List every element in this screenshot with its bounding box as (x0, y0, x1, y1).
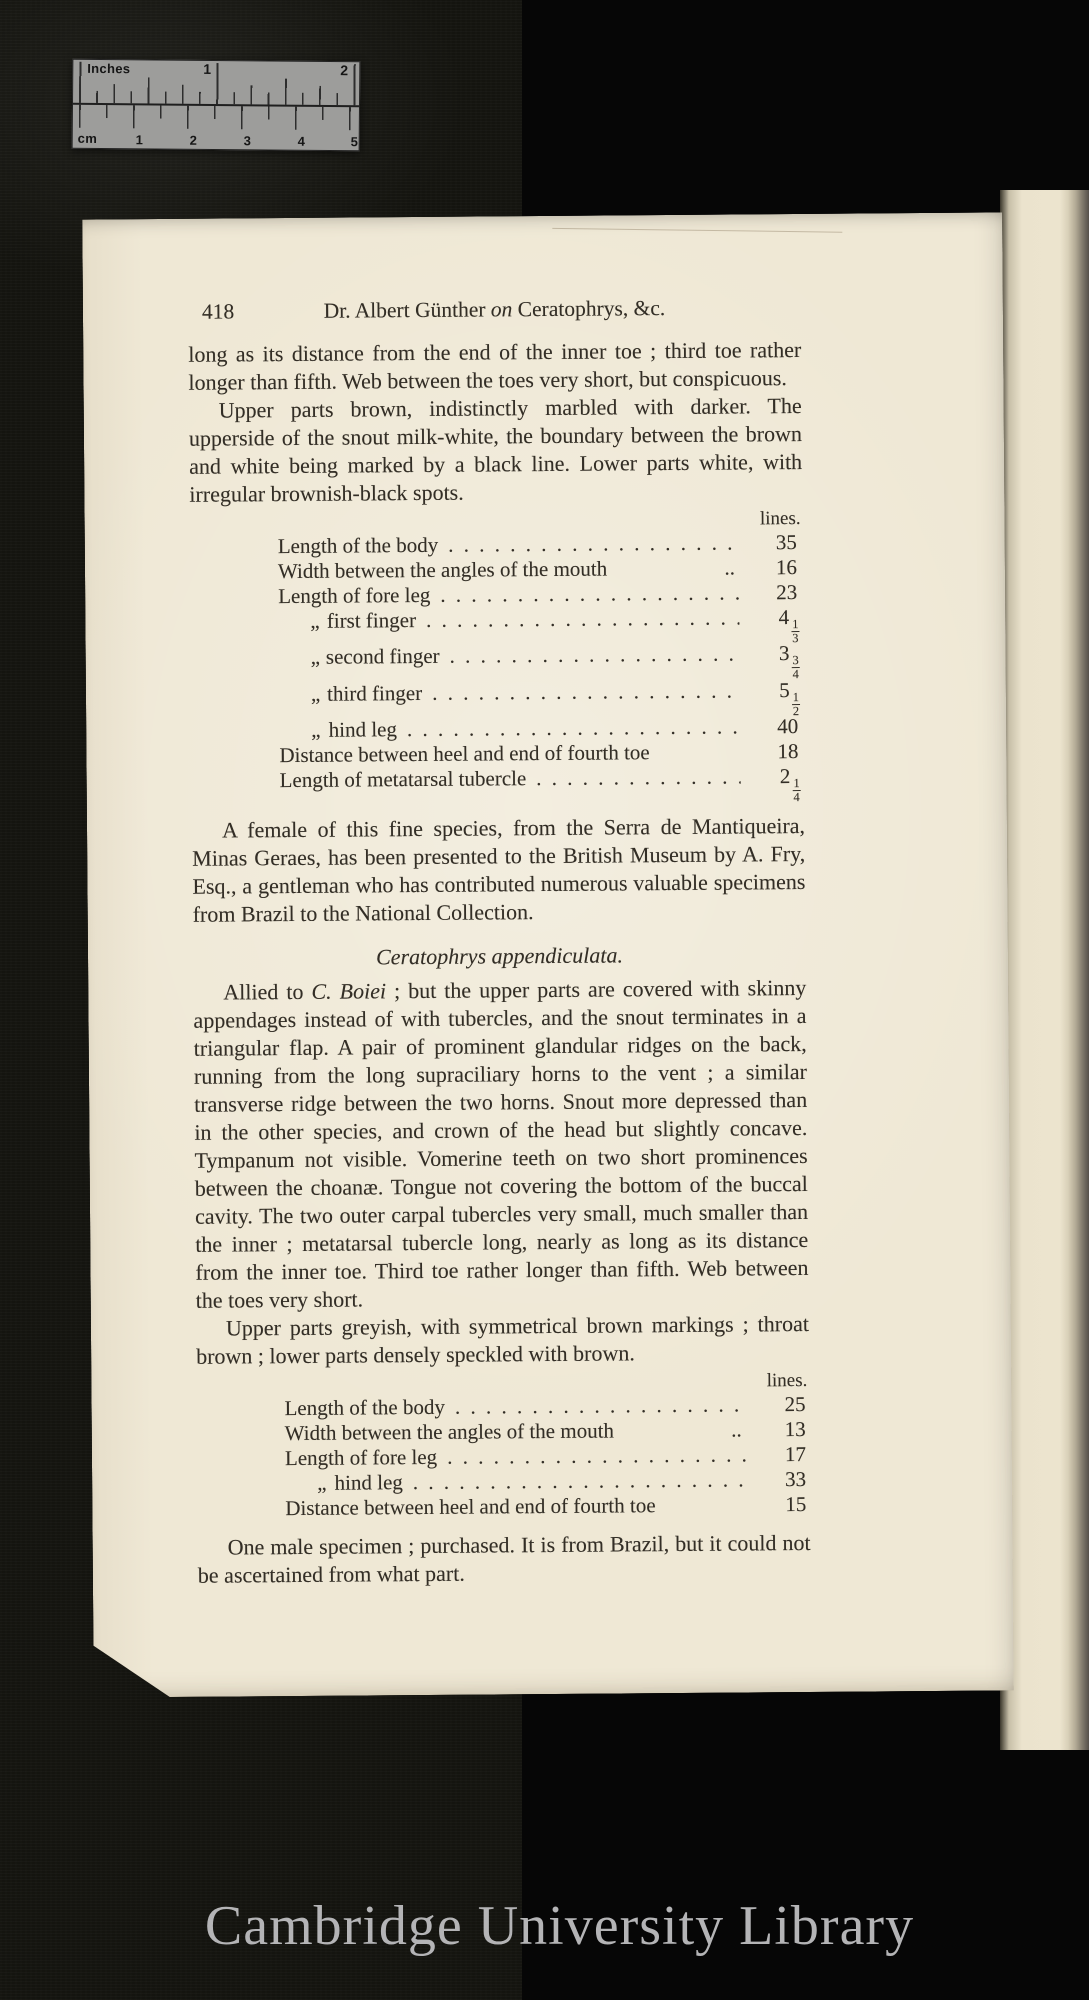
table-value: 334 (748, 641, 800, 678)
paragraph: Upper parts greyish, with symmetrical br… (196, 1310, 809, 1371)
measurement-table-1: lines. Length of the body 35 Width betwe… (190, 507, 805, 805)
paragraph: One male specimen ; purchased. It is fro… (198, 1529, 811, 1590)
paragraph: Allied to C. Boiei ; but the upper parts… (193, 974, 809, 1315)
table-row: „ hind leg 33 (197, 1467, 810, 1497)
ruler-cm-2: 2 (190, 133, 197, 148)
measurement-table-2: lines. Length of the body 25 Width betwe… (196, 1369, 810, 1522)
running-title-text: Dr. Albert Günther (324, 297, 491, 322)
dot-leader (440, 580, 739, 607)
running-title-italic: on (491, 297, 513, 321)
dot-leader (536, 764, 741, 791)
ruler-cm-1: 1 (136, 132, 143, 147)
running-title: Dr. Albert Günther on Ceratophrys, &c. (324, 296, 666, 323)
paragraph: long as its distance from the end of the… (188, 336, 801, 397)
ditto-mark: „ (279, 681, 327, 706)
library-scan: Inches 1 2 cm 1 2 3 4 5 418 Dr. Albert G… (0, 0, 1089, 2000)
running-header: 418 Dr. Albert Günther on Ceratophrys, &… (188, 294, 801, 325)
table-row: „ second finger 334 (191, 641, 804, 682)
dot-leader (407, 714, 740, 742)
table-value: 17 (754, 1442, 806, 1467)
table-value: 16 (747, 555, 799, 580)
ruler-inch-1: 1 (203, 61, 211, 77)
table-value: 23 (747, 580, 799, 605)
table-row: Length of metatarsal tubercle 214 (192, 764, 805, 805)
table-value: 13 (754, 1417, 806, 1442)
species-heading: Ceratophrys appendiculata. (193, 940, 806, 973)
ruler-cm-5: 5 (351, 134, 358, 149)
paragraph: A female of this fine species, from the … (192, 812, 806, 929)
short-leader: .. (731, 1417, 742, 1442)
table-row: Distance between heel and end of fourth … (197, 1492, 810, 1522)
library-watermark: Cambridge University Library (30, 1896, 1089, 1958)
dot-leader (413, 1467, 746, 1495)
dot-leader (455, 1392, 746, 1419)
short-leader: .. (724, 556, 735, 581)
table-value: 512 (748, 678, 800, 715)
document-page: 418 Dr. Albert Günther on Ceratophrys, &… (82, 212, 1014, 1697)
dot-leader (432, 678, 740, 705)
table-value: 15 (754, 1492, 806, 1517)
table-row: „ first finger 413 (190, 605, 803, 646)
ruler-cm-label: cm (78, 131, 98, 146)
ditto-mark: „ (278, 609, 327, 634)
table-row: Length of the body 25 (196, 1392, 809, 1422)
table-row: „ third finger 512 (191, 677, 804, 718)
paper-crease (552, 228, 842, 233)
table-value: 33 (754, 1467, 806, 1492)
table-value: 18 (748, 739, 800, 764)
dot-leader (426, 605, 740, 632)
table-value: 413 (747, 605, 799, 642)
paragraph: Upper parts brown, indistinctly marbled … (189, 392, 803, 509)
ditto-mark: „ (279, 717, 329, 742)
ditto-mark: „ (279, 645, 326, 670)
species-name-italic: C. Boiei (311, 978, 386, 1004)
dot-leader (448, 530, 739, 557)
running-title-text: Ceratophrys, &c. (512, 296, 665, 321)
ditto-mark: „ (285, 1471, 335, 1496)
dot-leader (447, 1442, 746, 1469)
table-value: 25 (753, 1392, 805, 1417)
dot-leader (449, 642, 739, 669)
page-number: 418 (202, 298, 234, 324)
table-row: „ hind leg 40 (191, 714, 804, 744)
ruler-cm-3: 3 (244, 133, 251, 148)
table-value: 214 (749, 764, 801, 801)
ruler-cm-4: 4 (298, 134, 305, 149)
ruler: Inches 1 2 cm 1 2 3 4 5 (72, 59, 361, 152)
table-row: Length of the body 35 (190, 530, 803, 560)
table-value: 35 (747, 530, 799, 555)
ruler-cm-ticks: 1 2 3 4 5 (79, 105, 357, 150)
ruler-inches-label: Inches (87, 61, 130, 76)
facing-page-edge (1000, 190, 1089, 1750)
ruler-inches-scale: Inches 1 2 (73, 60, 359, 107)
ruler-inch-2: 2 (340, 62, 348, 78)
text-block: 418 Dr. Albert Günther on Ceratophrys, &… (188, 294, 811, 1590)
ruler-cm-scale: cm 1 2 3 4 5 (73, 105, 359, 150)
